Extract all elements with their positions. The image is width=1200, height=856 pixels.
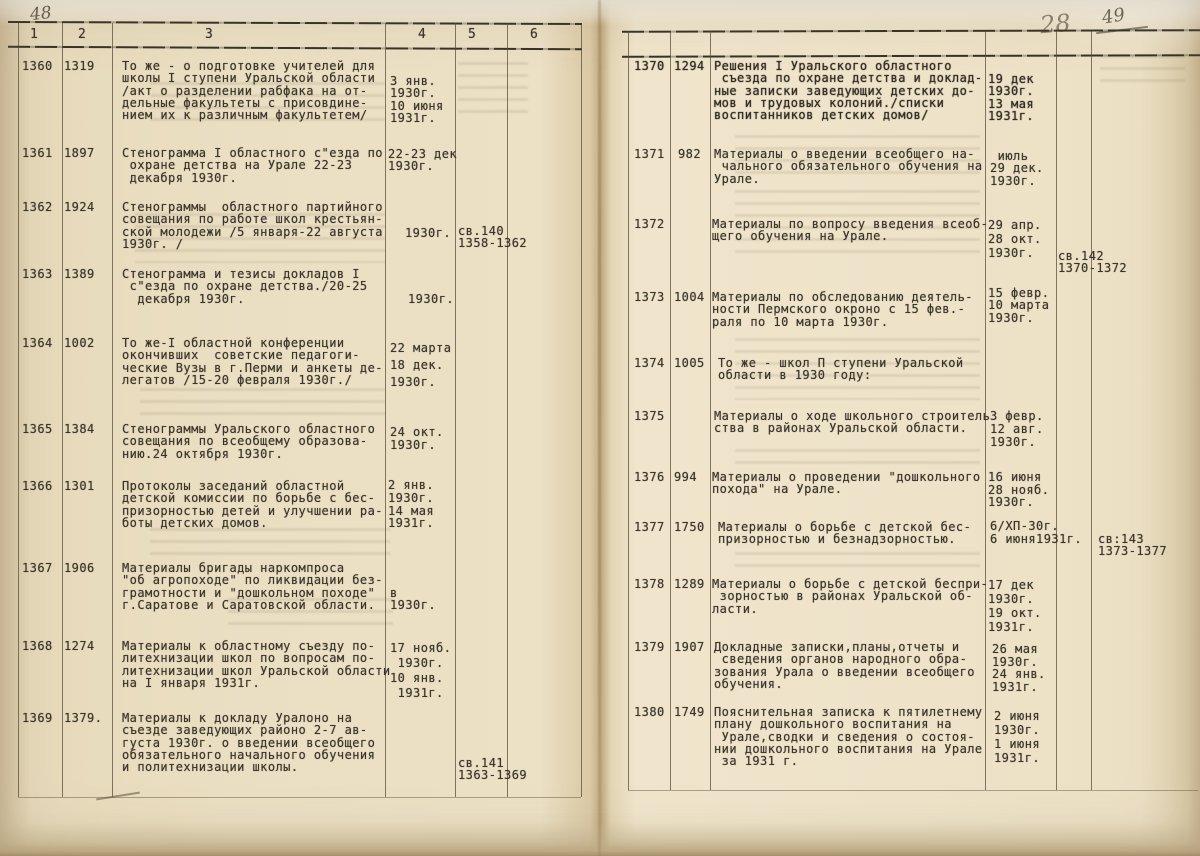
bleed-through-text [140,388,385,416]
entry-number: 1372 [634,218,665,230]
bleed-through-text [735,552,980,576]
storage-unit-note: св.141 1363-1369 [458,758,527,781]
entry-number: 1379 [634,641,665,653]
dates: 15 февр. 10 марта 1930г. [988,287,1049,324]
description: Материалы к докладу Уралоно на съезде за… [122,712,375,773]
description: Материалы бригады наркомпроса "об агропо… [122,562,383,611]
description: Материалы о борьбе с детской бес- призор… [718,521,971,546]
entry-number: 1370 [634,60,665,72]
page-gutter [598,0,601,856]
storage-unit-note: св:143 1373-1377 [1098,534,1167,557]
description: Материалы о введении всеобщего на- чальн… [714,148,983,185]
dates: 1930г. [405,227,451,239]
description: Стенограммы Уральского областного совеща… [122,423,375,460]
column-divider [112,23,113,797]
old-inventory-number: 1289 [674,578,705,590]
entry-number: 1373 [634,291,665,303]
old-inventory-number: 1294 [674,60,705,72]
description: Материалы о проведении "дошкольного похо… [712,471,981,496]
column-header-4: 4 [418,27,426,42]
description: То же - о подготовке учителей для школы … [122,60,375,121]
description: То же-I областной конференции окончивших… [122,337,383,386]
table-line-horizontal [8,21,582,25]
description: Материалы о борьбе с детской беспри- зор… [712,578,988,615]
old-inventory-number: 1750 [674,521,705,533]
old-inventory-number: 1384 [64,423,95,435]
entry-number: 1376 [634,471,665,483]
old-inventory-number: 1924 [64,201,95,213]
dates: 3 февр. 12 авг. 1930г. [990,410,1044,449]
old-inventory-number: 994 [674,471,697,483]
description: Стенограммы областного партийного совеща… [122,201,383,250]
entry-number: 1360 [22,60,53,72]
dates: 6/ХП-30г. 6 июня1931г. [990,520,1082,546]
dates: 16 июня 28 нояб. 1930г. [988,471,1049,509]
old-inventory-number: 1389 [64,268,95,280]
dates: 26 мая 1930г. 24 янв. 1931г. [992,643,1046,693]
dates: 19 дек 1930г. 13 мая 1931г. [988,73,1034,122]
description: Решения I Уральского областного съезда п… [714,60,983,121]
table-line-horizontal [8,46,582,51]
entry-number: 1366 [22,480,53,492]
entry-number: 1371 [634,148,665,160]
column-header-1: 1 [30,27,38,42]
description: Стенограмма и тезисы докладов I с"езда п… [122,268,368,305]
old-inventory-number: 1379. [64,712,102,724]
old-inventory-number: 1274 [64,640,95,652]
archive-inventory-scan: 48 28 49 1 2 3 4 5 6 1360 1319 То же - о… [0,0,1200,856]
entry-number: 1363 [22,268,53,280]
entry-number: 1361 [22,147,53,159]
description: Материалы по обследованию деятель- ности… [712,291,973,328]
dates: в 1930г. [390,587,436,612]
entry-number: 1380 [634,706,665,718]
dates: 22-23 дек 1930г. [388,148,457,173]
old-inventory-number: 1749 [674,706,705,718]
entry-number: 1365 [22,423,53,435]
dates: 1930г. [408,293,454,305]
column-header-2: 2 [78,27,86,42]
storage-unit-note: св.140 1358-1362 [458,226,527,249]
entry-number: 1364 [22,337,53,349]
old-inventory-number: 1004 [674,291,705,303]
old-inventory-number: 1319 [64,60,95,72]
column-divider [710,31,711,790]
description: Пояснительная записка к пятилетнему план… [714,706,983,767]
dates: 3 янв. 1930г. 10 июня 1931г. [390,75,444,124]
dates: июль 29 дек. 1930г. [990,150,1044,187]
dates: 24 окт. 1930г. [390,426,444,452]
dates: 29 апр. 28 окт. 1930г. [988,218,1042,260]
table-line-horizontal [622,54,1200,58]
entry-number: 1362 [22,201,53,213]
table-line-horizontal [628,790,1198,791]
old-inventory-number: 1906 [64,562,95,574]
column-divider [1056,31,1057,790]
old-inventory-number: 982 [678,148,701,160]
old-inventory-number: 1907 [674,641,705,653]
folio-number-ink: 49 [1100,4,1126,28]
column-header-3: 3 [205,27,213,42]
column-divider [581,23,582,797]
bleed-through-text [735,449,980,467]
column-divider [507,23,508,797]
old-inventory-number: 1005 [674,357,705,369]
entry-number: 1369 [22,712,53,724]
description: Стенограмма I областного с"езда по охран… [122,147,383,184]
description: Материалы к областному съезду по- литехн… [122,640,391,689]
storage-unit-note: св.142 1370-1372 [1058,250,1127,274]
description: То же - школ П ступени Уральской области… [718,357,964,382]
pencil-mark [96,792,140,801]
entry-number: 1375 [634,410,665,422]
dates: 17 дек 1930г. 19 окт. 1931г. [988,578,1042,634]
column-divider [628,31,629,790]
entry-number: 1377 [634,521,665,533]
entry-number: 1367 [22,562,53,574]
bleed-through-text [150,528,390,562]
description: Материалы о ходе школьного строитель ств… [714,410,990,435]
description: Материалы по вопросу введения всеоб- щег… [712,218,988,243]
column-divider [670,31,671,790]
column-divider [62,23,63,797]
dates: 17 нояб. 1930г. 10 янв. 1931г. [390,641,451,701]
column-divider [455,23,456,797]
bleed-through-text [458,62,528,120]
column-header-6: 6 [530,27,538,42]
dates: 2 янв. 1930г. 14 мая 1931г. [388,479,434,530]
column-divider [18,23,19,797]
description: Протоколы заседаний областной детской ко… [122,480,383,529]
old-inventory-number: 1002 [64,337,95,349]
description: Докладные записки,планы,отчеты и сведени… [714,641,975,690]
entry-number: 1378 [634,578,665,590]
entry-number: 1368 [22,640,53,652]
dates: 2 июня 1930г. 1 июня 1931г. [994,709,1040,765]
column-header-5: 5 [468,27,476,42]
old-inventory-number: 1301 [64,480,95,492]
old-inventory-number: 1897 [64,147,95,159]
entry-number: 1374 [634,357,665,369]
dates: 22 марта 18 дек. 1930г. [390,340,451,391]
column-divider [1091,31,1092,790]
bleed-through-text [1100,55,1185,85]
